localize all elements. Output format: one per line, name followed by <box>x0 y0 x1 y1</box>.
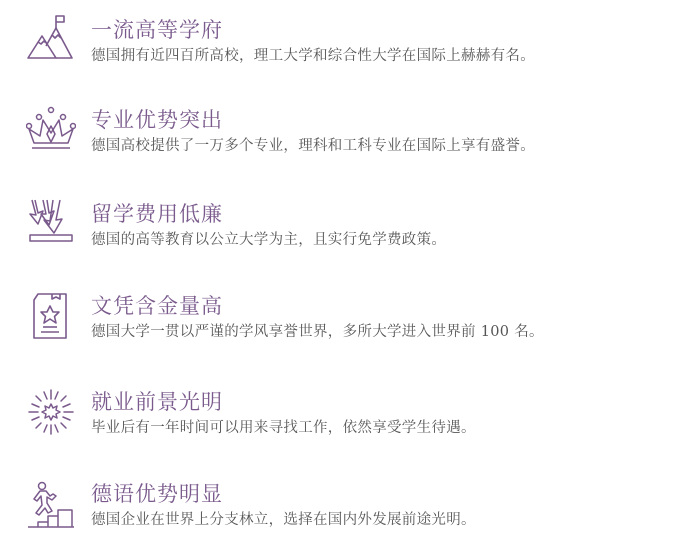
person-climbing-stairs-icon <box>26 481 76 531</box>
mountain-flag-icon <box>26 14 76 64</box>
feature-title: 留学费用低廉 <box>91 202 223 226</box>
crown-icon <box>26 106 76 156</box>
feature-item-career: 就业前景光明 毕业后有一年时间可以用来寻找工作，依然享受学生待遇。 <box>0 385 693 465</box>
feature-description: 德国高校提供了一万多个专业，理科和工科专业在国际上享有盛誉。 <box>91 136 535 156</box>
feature-description: 德国拥有近四百所高校，理工大学和综合性大学在国际上赫赫有名。 <box>91 46 535 66</box>
feature-item-low-cost: 留学费用低廉 德国的高等教育以公立大学为主，且实行免学费政策。 <box>0 195 693 275</box>
feature-title: 就业前景光明 <box>91 390 223 414</box>
feature-title: 德语优势明显 <box>91 482 223 506</box>
feature-item-german-language: 德语优势明显 德国企业在世界上分支林立，选择在国内外发展前途光明。 <box>0 478 693 557</box>
certificate-star-icon <box>26 292 76 342</box>
feature-title: 专业优势突出 <box>91 108 223 132</box>
feature-item-top-universities: 一流高等学府 德国拥有近四百所高校，理工大学和综合性大学在国际上赫赫有名。 <box>0 10 693 90</box>
feature-title: 文凭含金量高 <box>91 294 223 318</box>
starburst-icon <box>26 387 76 437</box>
feature-description: 德国企业在世界上分支林立，选择在国内外发展前途光明。 <box>91 510 476 530</box>
feature-description: 德国的高等教育以公立大学为主，且实行免学费政策。 <box>91 230 446 250</box>
feature-title: 一流高等学府 <box>91 18 223 42</box>
feature-item-majors: 专业优势突出 德国高校提供了一万多个专业，理科和工科专业在国际上享有盛誉。 <box>0 102 693 182</box>
arrows-down-icon <box>26 197 76 247</box>
feature-description: 德国大学一贯以严谨的学风享誉世界，多所大学进入世界前 100 名。 <box>91 322 544 342</box>
feature-item-diploma-value: 文凭含金量高 德国大学一贯以严谨的学风享誉世界，多所大学进入世界前 100 名。 <box>0 288 693 368</box>
feature-description: 毕业后有一年时间可以用来寻找工作，依然享受学生待遇。 <box>91 418 476 438</box>
